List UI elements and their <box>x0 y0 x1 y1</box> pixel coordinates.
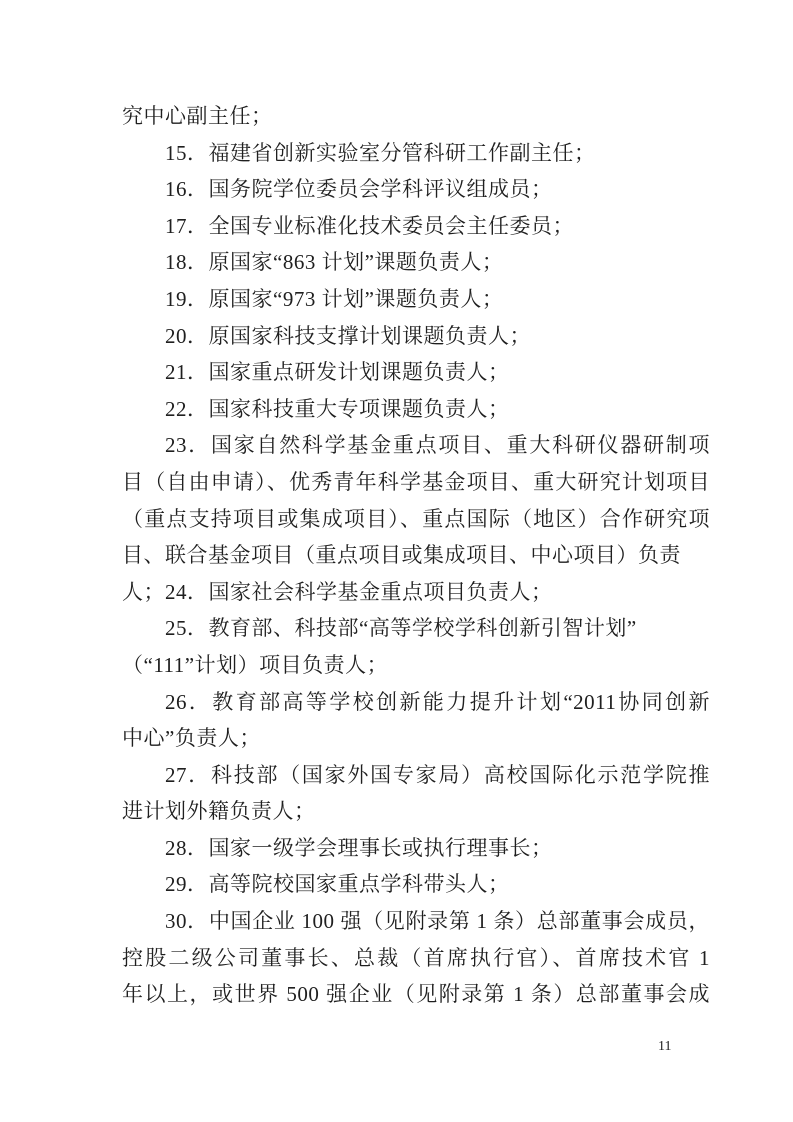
text-line: 24．国家社会科学基金重点项目负责人； <box>122 574 710 611</box>
text-line: 27．科技部（国家外国专家局）高校国际化示范学院推 <box>122 757 710 794</box>
text-line: 目、联合基金项目（重点项目或集成项目、中心项目）负责人； <box>122 537 710 574</box>
text-line: 16．国务院学位委员会学科评议组成员； <box>122 171 710 208</box>
text-line: 18．原国家“863 计划”课题负责人； <box>122 244 710 281</box>
text-line: 目（自由申请）、优秀青年科学基金项目、重大研究计划项目 <box>122 464 710 501</box>
text-line: 究中心副主任； <box>122 98 710 135</box>
text-line: 26．教育部高等学校创新能力提升计划“2011协同创新 <box>122 684 710 721</box>
text-line: 控股二级公司董事长、总裁（首席执行官）、首席技术官 1 <box>122 940 710 977</box>
text-line: 25．教育部、科技部“高等学校学科创新引智计划” <box>122 610 710 647</box>
text-line: 20．原国家科技支撑计划课题负责人； <box>122 318 710 355</box>
text-line: 中心”负责人； <box>122 720 710 757</box>
text-line: 15．福建省创新实验室分管科研工作副主任； <box>122 135 710 172</box>
text-line: 进计划外籍负责人； <box>122 793 710 830</box>
page-number: 11 <box>658 1038 671 1056</box>
text-line: 23．国家自然科学基金重点项目、重大科研仪器研制项 <box>122 427 710 464</box>
text-line: 30．中国企业 100 强（见附录第 1 条）总部董事会成员， <box>122 903 710 940</box>
document-page: 究中心副主任；15．福建省创新实验室分管科研工作副主任；16．国务院学位委员会学… <box>0 0 793 1122</box>
document-body: 究中心副主任；15．福建省创新实验室分管科研工作副主任；16．国务院学位委员会学… <box>122 98 710 1013</box>
text-line: 28．国家一级学会理事长或执行理事长； <box>122 830 710 867</box>
text-line: （重点支持项目或集成项目）、重点国际（地区）合作研究项 <box>122 501 710 538</box>
text-line: 19．原国家“973 计划”课题负责人； <box>122 281 710 318</box>
text-line: 29．高等院校国家重点学科带头人； <box>122 866 710 903</box>
text-line: （“111”计划）项目负责人； <box>122 647 710 684</box>
text-line: 17．全国专业标准化技术委员会主任委员； <box>122 208 710 245</box>
text-line: 22．国家科技重大专项课题负责人； <box>122 391 710 428</box>
text-line: 年以上，或世界 500 强企业（见附录第 1 条）总部董事会成 <box>122 976 710 1013</box>
text-line: 21．国家重点研发计划课题负责人； <box>122 354 710 391</box>
